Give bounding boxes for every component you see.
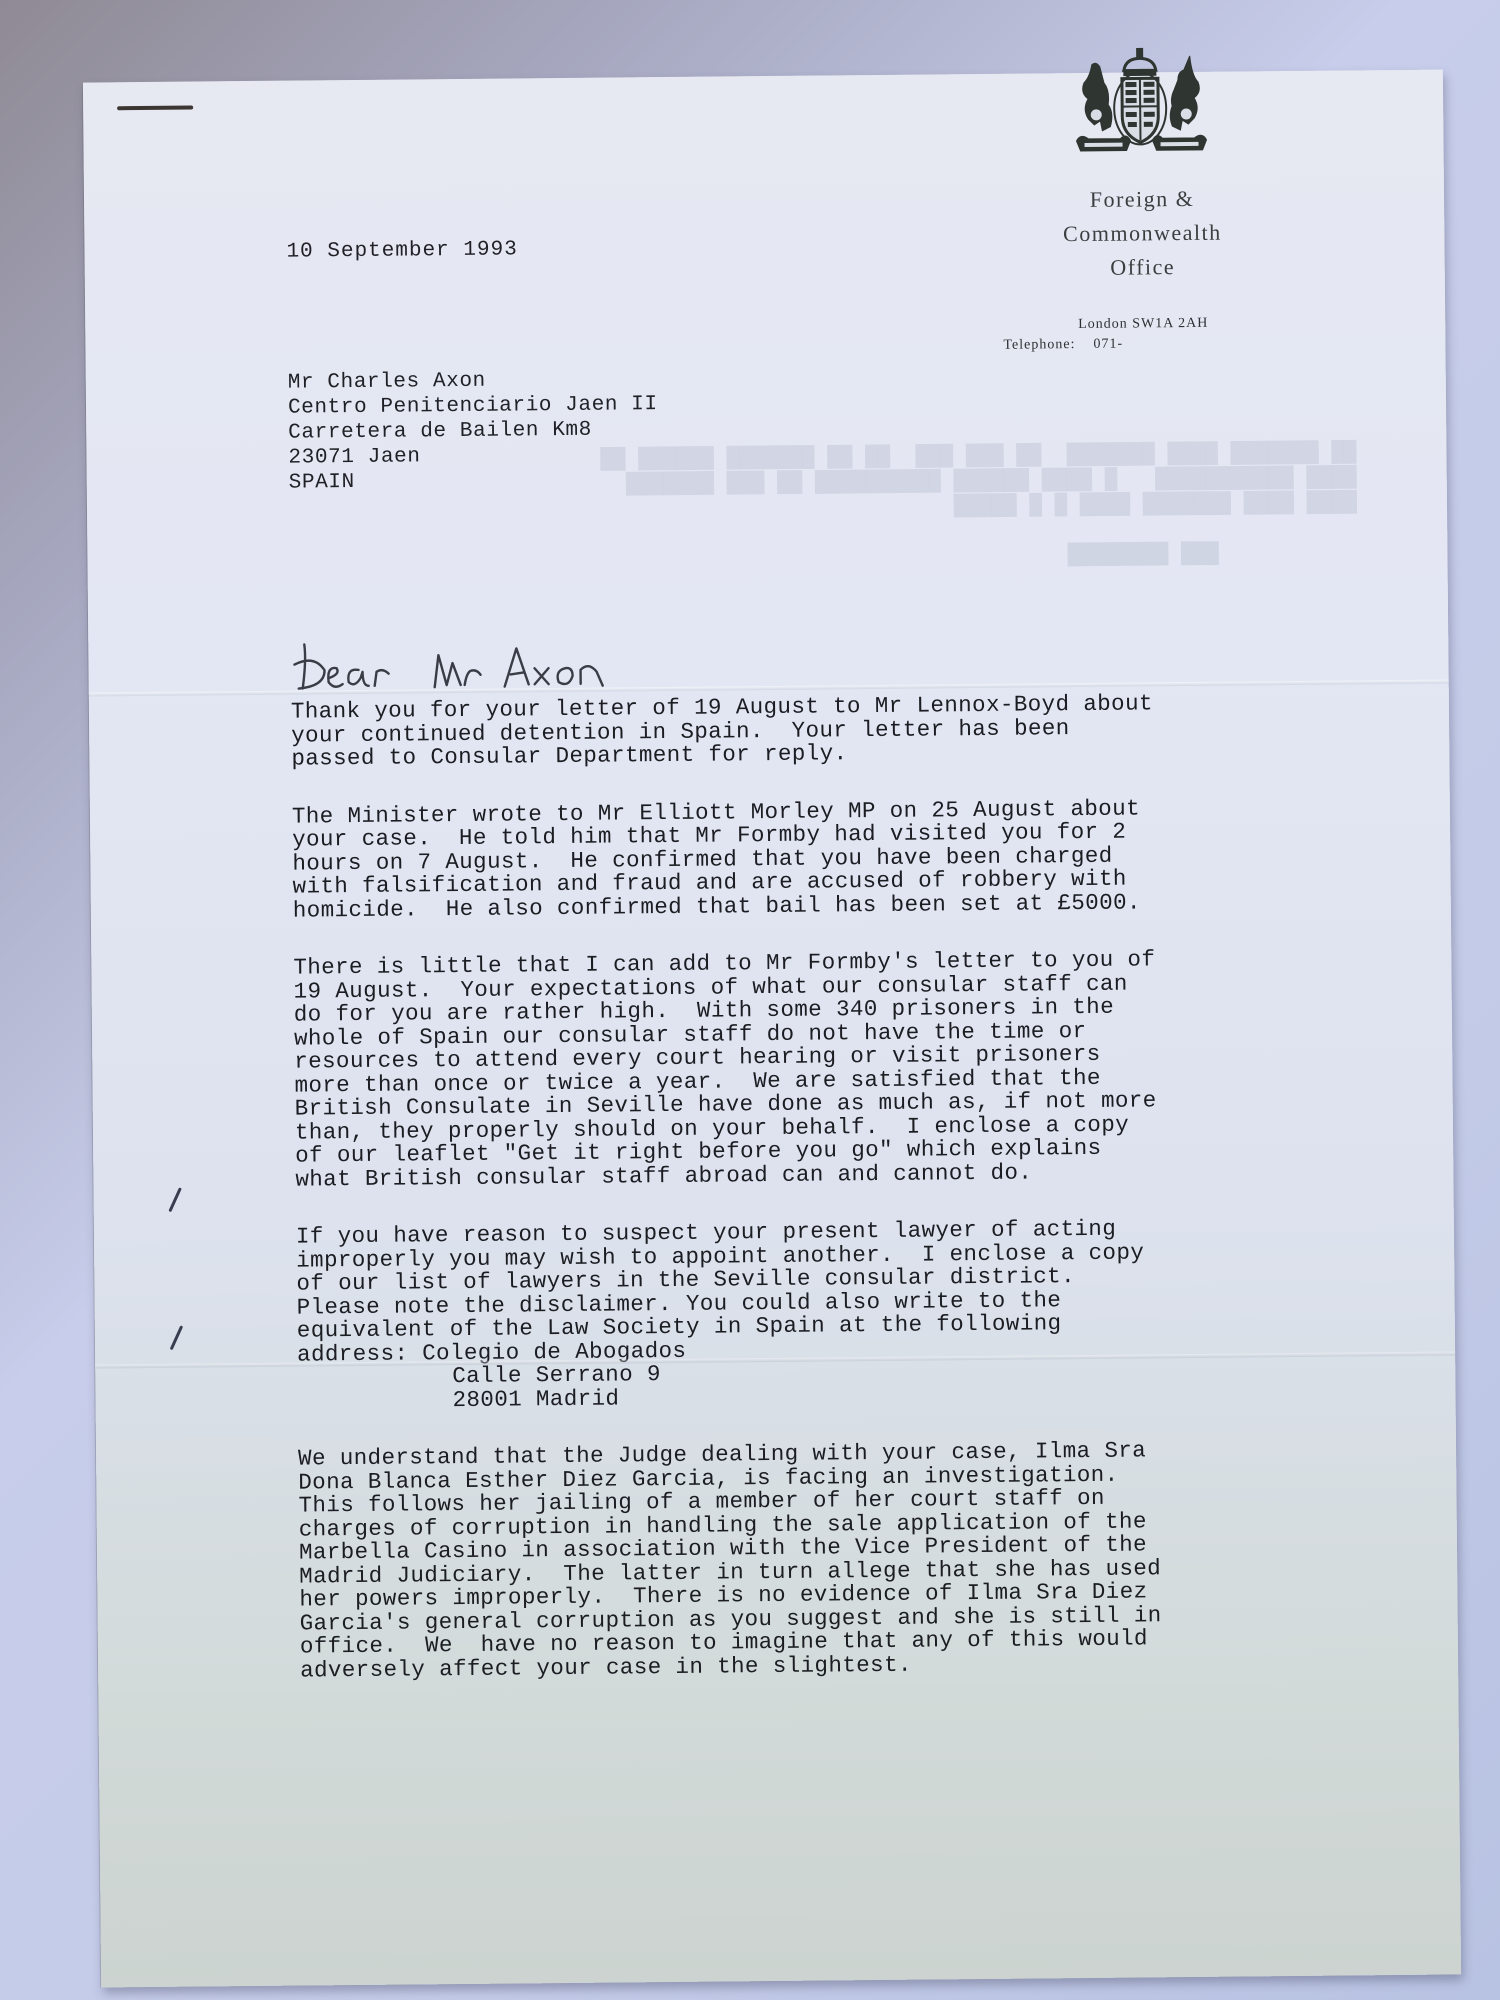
paragraph-1: Thank you for your letter of 19 August t… <box>291 690 1412 771</box>
recipient-line: SPAIN <box>289 467 659 496</box>
paragraph-2: The Minister wrote to Mr Elliott Morley … <box>292 794 1413 922</box>
handwritten-salutation: Dear Mr Axon <box>284 627 685 701</box>
letter-page: Foreign & Commonwealth Office London SW1… <box>83 70 1461 1988</box>
organisation-name-line: Foreign & <box>992 181 1292 218</box>
paragraph-4: If you have reason to suspect your prese… <box>296 1215 1418 1414</box>
recipient-line: Centro Penitenciario Jaen II <box>288 392 658 421</box>
telephone-label: Telephone: <box>1003 337 1075 353</box>
paragraph-5: We understand that the Judge dealing wit… <box>298 1437 1420 1683</box>
letter-date: 10 September 1993 <box>286 238 517 263</box>
royal-coat-of-arms-icon <box>1066 46 1217 157</box>
letterhead: Foreign & Commonwealth Office London SW1… <box>991 45 1294 334</box>
organisation-telephone: Telephone:071- <box>993 335 1303 354</box>
organisation-name-line: Office <box>993 249 1293 286</box>
recipient-address: Mr Charles Axon Centro Penitenciario Jae… <box>288 367 659 496</box>
telephone-value: 071- <box>1093 337 1123 352</box>
organisation-name-line: Commonwealth <box>992 215 1292 252</box>
letter-body: Thank you for your letter of 19 August t… <box>291 690 1421 1717</box>
recipient-line: Carretera de Bailen Km8 <box>288 417 658 446</box>
organisation-name: Foreign & Commonwealth Office <box>992 181 1293 286</box>
organisation-address: London SW1A 2AH <box>993 315 1293 334</box>
paragraph-3: There is little that I can add to Mr For… <box>293 946 1415 1192</box>
margin-tick-mark <box>170 1325 183 1350</box>
recipient-line: 23071 Jaen <box>288 442 658 471</box>
recipient-line: Mr Charles Axon <box>288 367 658 396</box>
staple-mark <box>117 106 193 111</box>
margin-tick-mark <box>168 1187 181 1212</box>
